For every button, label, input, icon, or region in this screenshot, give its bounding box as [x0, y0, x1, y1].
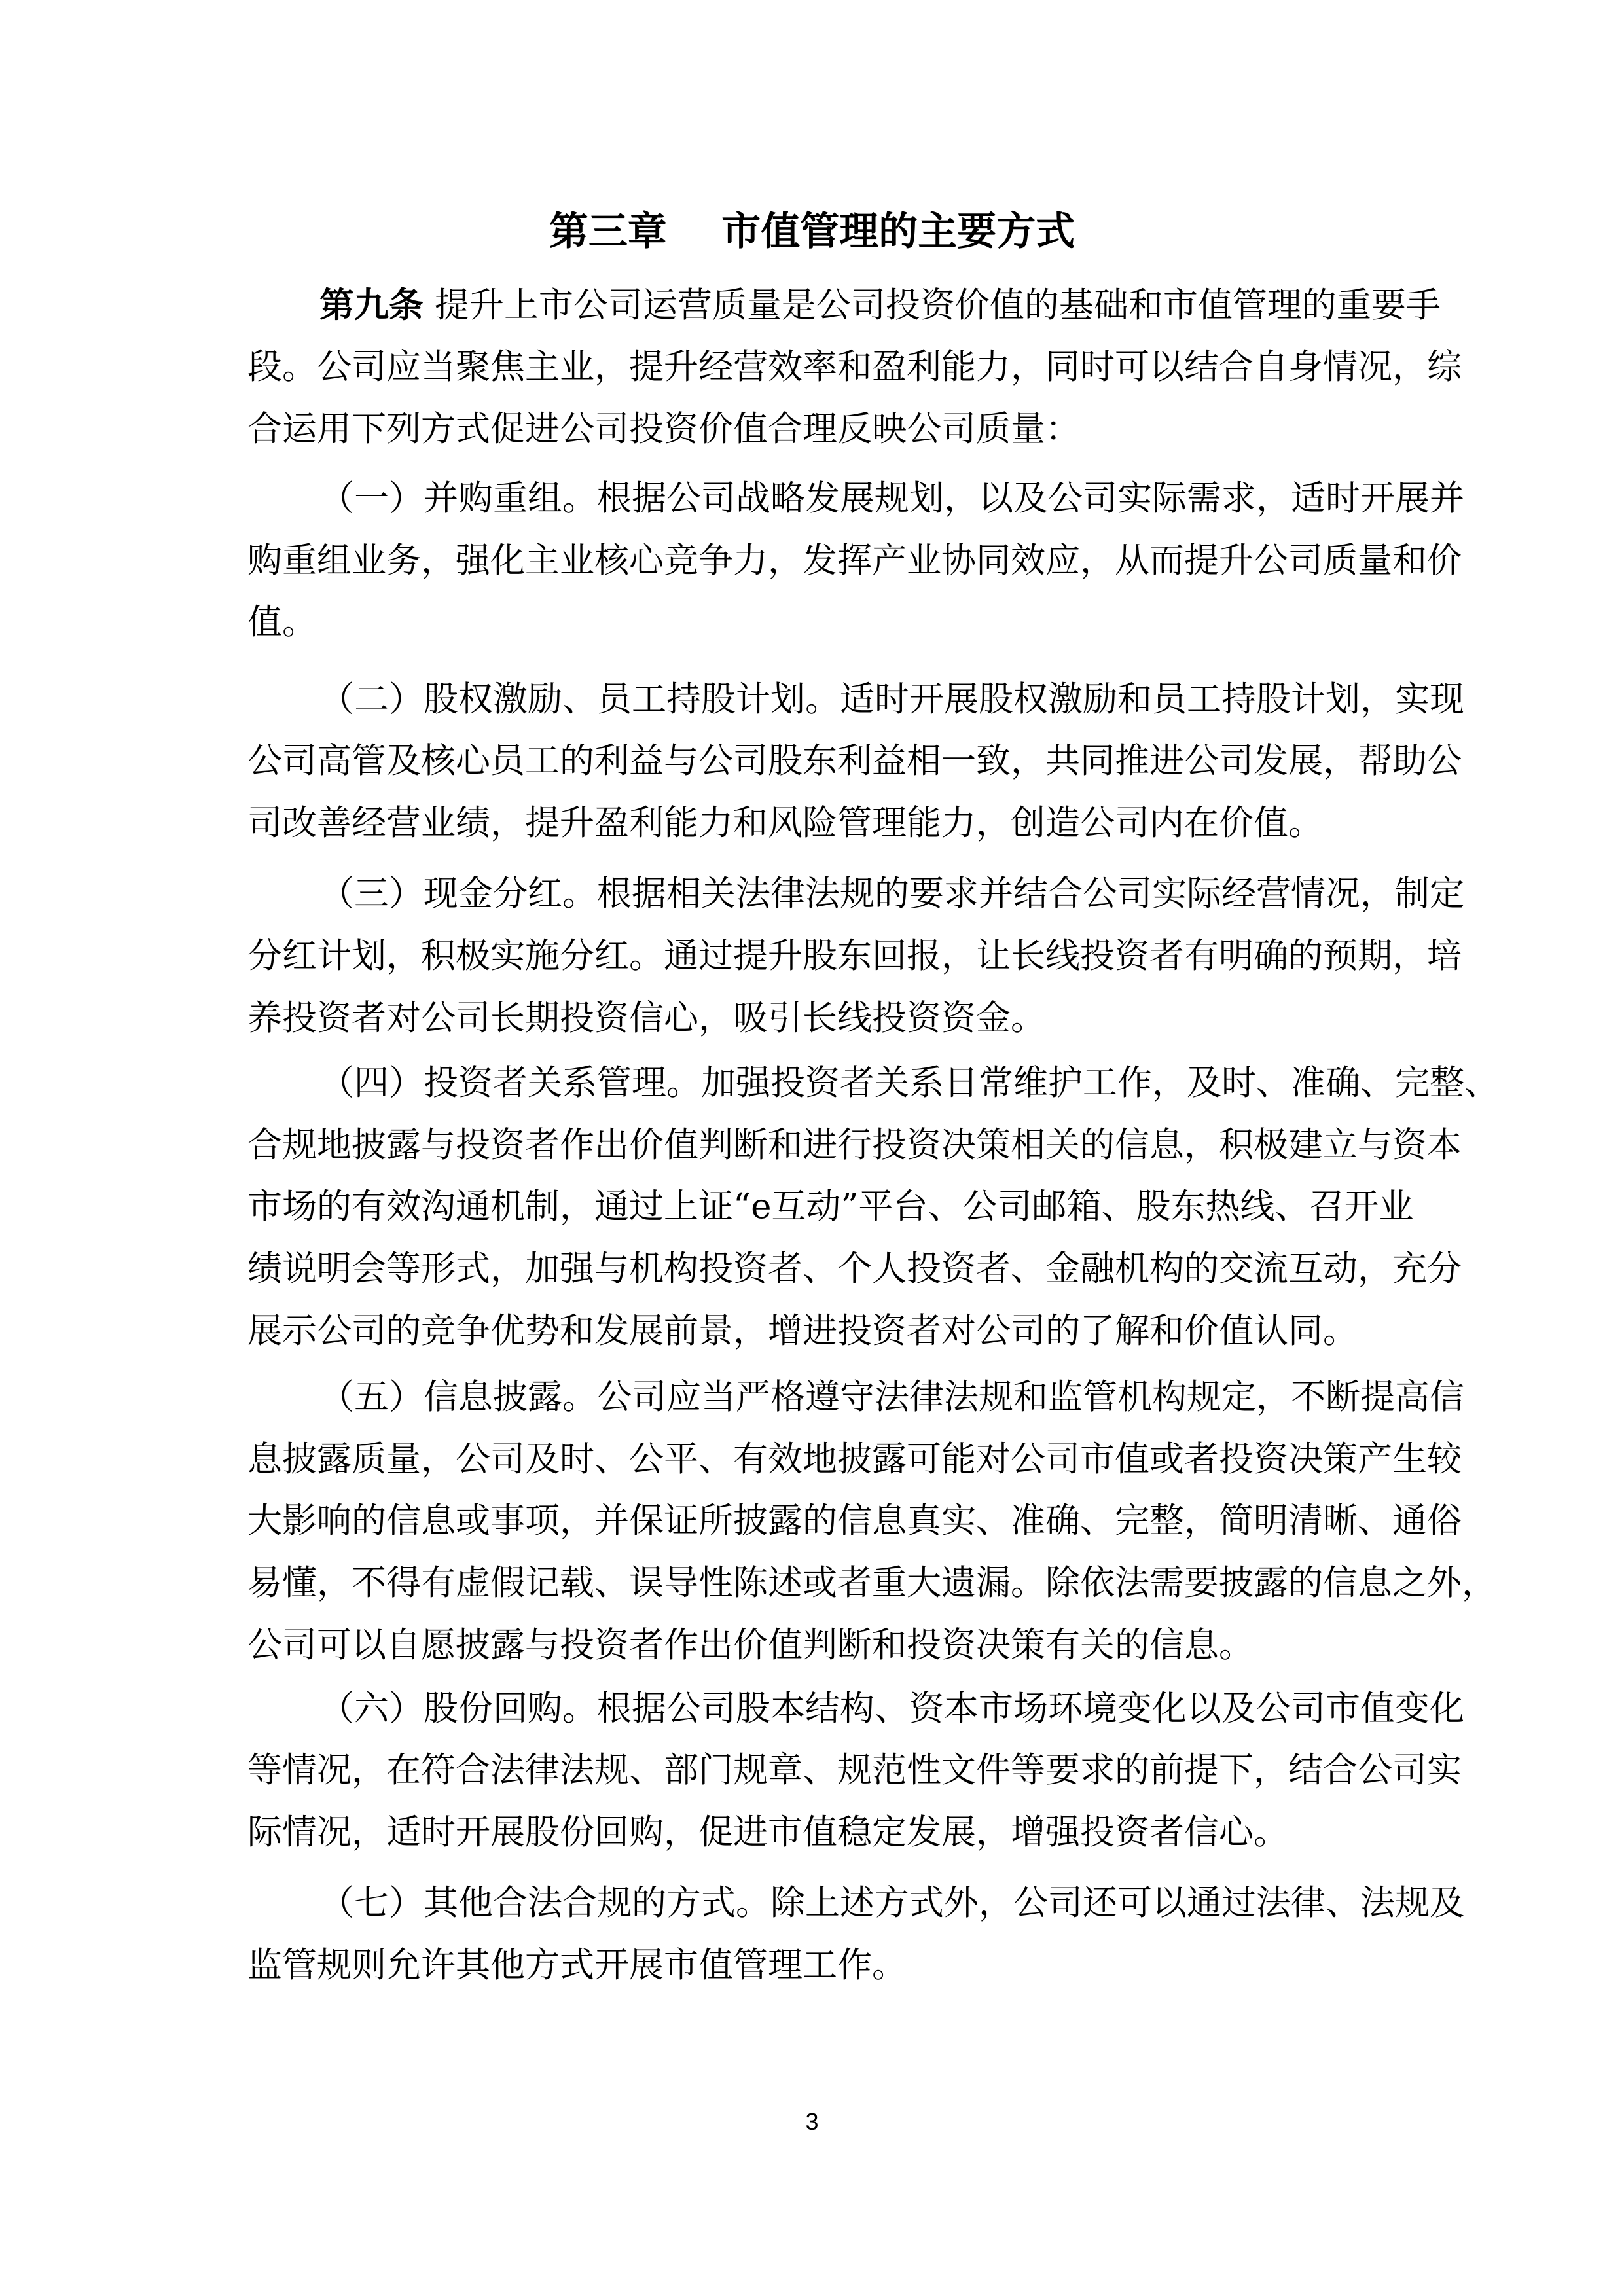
- article-text: 提升上市公司运营质量是公司投资价值的基础和市值管理的重要手: [424, 285, 1441, 325]
- paragraph-line: 际情况，适时开展股份回购，促进市值稳定发展，增强投资者信心。: [247, 1813, 1376, 1852]
- paragraph-line: 等情况，在符合法律法规、部门规章、规范性文件等要求的前提下，结合公司实: [247, 1751, 1376, 1790]
- paragraph-line: 司改善经营业绩，提升盈利能力和风险管理能力，创造公司内在价值。: [247, 804, 1376, 843]
- paragraph-line: 第九条 提升上市公司运营质量是公司投资价值的基础和市值管理的重要手: [319, 286, 1376, 325]
- paragraph-line: （二）股权激励、员工持股计划。适时开展股权激励和员工持股计划，实现: [319, 680, 1376, 719]
- paragraph-line: （七）其他合法合规的方式。除上述方式外，公司还可以通过法律、法规及: [319, 1884, 1376, 1923]
- paragraph-line: 合运用下列方式促进公司投资价值合理反映公司质量：: [247, 410, 1376, 449]
- paragraph-line: 值。: [247, 603, 1376, 642]
- paragraph-line: 养投资者对公司长期投资信心，吸引长线投资资金。: [247, 999, 1376, 1038]
- paragraph-line: 段。公司应当聚焦主业，提升经营效率和盈利能力，同时可以结合自身情况，综: [247, 348, 1376, 387]
- paragraph-line: 易懂，不得有虚假记载、误导性陈述或者重大遗漏。除依法需要披露的信息之外，: [247, 1564, 1376, 1603]
- paragraph-line: （一）并购重组。根据公司战略发展规划，以及公司实际需求，适时开展并: [319, 479, 1376, 518]
- paragraph-line: （三）现金分红。根据相关法律法规的要求并结合公司实际经营情况，制定: [319, 874, 1376, 914]
- paragraph-line: 绩说明会等形式，加强与机构投资者、个人投资者、金融机构的交流互动，充分: [247, 1249, 1376, 1289]
- paragraph-line: 分红计划，积极实施分红。通过提升股东回报，让长线投资者有明确的预期，培: [247, 937, 1376, 976]
- paragraph-line: 展示公司的竞争优势和发展前景，增进投资者对公司的了解和价值认同。: [247, 1312, 1376, 1351]
- paragraph-line: 市场的有效沟通机制，通过上证“e互动”平台、公司邮箱、股东热线、召开业: [247, 1187, 1376, 1227]
- paragraph-line: 购重组业务，强化主业核心竞争力，发挥产业协同效应，从而提升公司质量和价: [247, 541, 1376, 581]
- chapter-title: 第三章 市值管理的主要方式: [0, 208, 1624, 255]
- article-label: 第九条: [319, 285, 424, 325]
- document-page: 第三章 市值管理的主要方式 第九条 提升上市公司运营质量是公司投资价值的基础和市…: [0, 0, 1624, 2296]
- paragraph-line: （五）信息披露。公司应当严格遵守法律法规和监管机构规定，不断提高信: [319, 1378, 1376, 1417]
- paragraph-line: （四）投资者关系管理。加强投资者关系日常维护工作，及时、准确、完整、: [319, 1064, 1376, 1103]
- paragraph-line: 大影响的信息或事项，并保证所披露的信息真实、准确、完整，简明清晰、通俗: [247, 1501, 1376, 1541]
- paragraph-line: 公司可以自愿披露与投资者作出价值判断和投资决策有关的信息。: [247, 1626, 1376, 1665]
- paragraph-line: 监管规则允许其他方式开展市值管理工作。: [247, 1946, 1376, 1985]
- page-number: 3: [0, 2109, 1624, 2135]
- paragraph-line: 息披露质量，公司及时、公平、有效地披露可能对公司市值或者投资决策产生较: [247, 1440, 1376, 1479]
- paragraph-line: 合规地披露与投资者作出价值判断和进行投资决策相关的信息，积极建立与资本: [247, 1126, 1376, 1165]
- paragraph-line: （六）股份回购。根据公司股本结构、资本市场环境变化以及公司市值变化: [319, 1689, 1376, 1729]
- paragraph-line: 公司高管及核心员工的利益与公司股东利益相一致，共同推进公司发展，帮助公: [247, 742, 1376, 781]
